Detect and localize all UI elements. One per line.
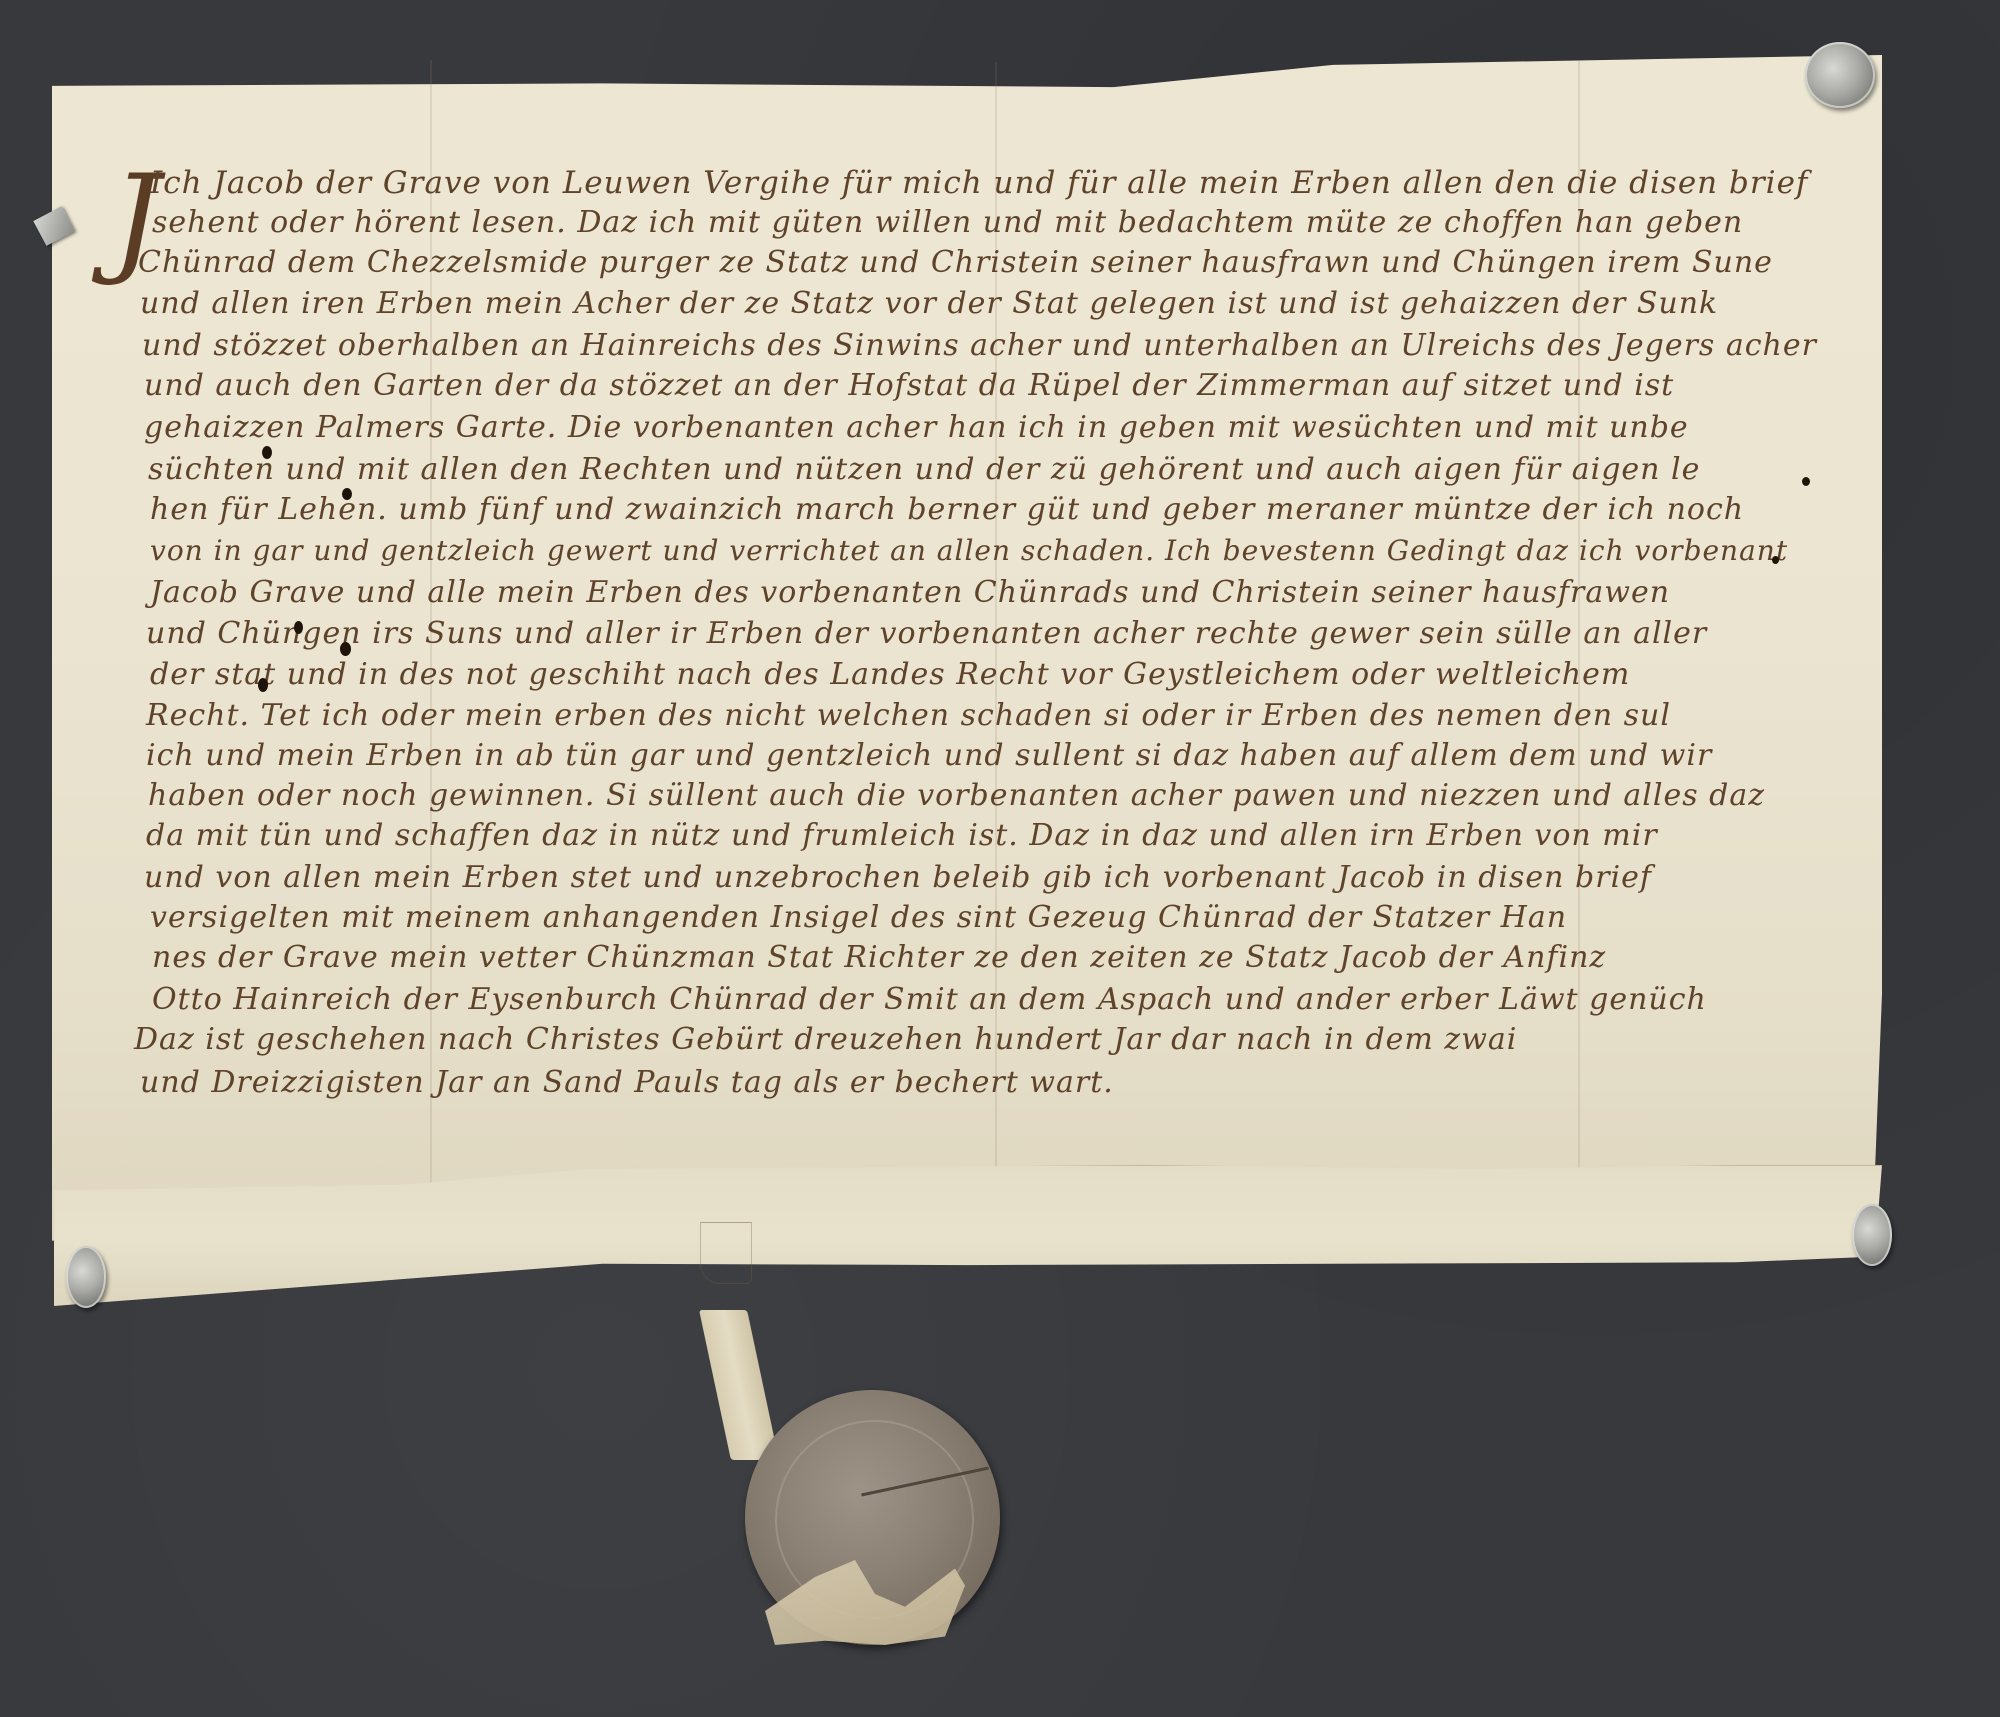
seal-tag — [699, 1310, 779, 1460]
ink-hole — [340, 642, 351, 656]
text-line: haben oder noch gewinnen. Si süllent auc… — [148, 778, 1765, 813]
text-line: Jacob Grave und alle mein Erben des vorb… — [150, 575, 1670, 610]
ink-hole — [294, 621, 303, 634]
ink-hole — [342, 488, 352, 500]
text-line: und von allen mein Erben stet und unzebr… — [144, 860, 1652, 895]
text-line: der stat und in des not geschiht nach de… — [150, 657, 1630, 692]
ink-hole — [262, 446, 272, 459]
text-line: und stözzet oberhalben an Hainreichs des… — [142, 328, 1817, 363]
plica-fold — [54, 1165, 1882, 1306]
text-line: Ich Jacob der Grave von Leuwen Vergihe f… — [150, 165, 1808, 201]
text-line: Recht. Tet ich oder mein erben des nicht… — [146, 698, 1671, 733]
ink-hole — [258, 678, 268, 692]
text-line: Chünrad dem Chezzelsmide purger ze Statz… — [138, 245, 1773, 280]
text-line: da mit tün und schaffen daz in nütz und … — [146, 818, 1658, 853]
text-line: und auch den Garten der da stözzet an de… — [144, 368, 1674, 403]
text-line: von in gar und gentzleich gewert und ver… — [150, 534, 1788, 567]
seal-tag-slot — [700, 1222, 752, 1284]
text-line: hen für Lehen. umb fünf und zwainzich ma… — [150, 492, 1744, 527]
text-line: ich und mein Erben in ab tün gar und gen… — [146, 738, 1712, 773]
text-line: gehaizzen Palmers Garte. Die vorbenanten… — [144, 410, 1689, 445]
text-line: Otto Hainreich der Eysenburch Chünrad de… — [152, 982, 1707, 1017]
text-line: versigelten mit meinem anhangenden Insig… — [150, 900, 1567, 935]
text-line: süchten und mit allen den Rechten und nü… — [148, 452, 1700, 487]
ink-hole — [1772, 556, 1779, 564]
text-line: und Dreizzigisten Jar an Sand Pauls tag … — [140, 1065, 1114, 1100]
text-line: sehent oder hörent lesen. Daz ich mit gü… — [152, 205, 1743, 240]
magnet-top-right — [1805, 42, 1875, 108]
text-line: nes der Grave mein vetter Chünzman Stat … — [152, 940, 1606, 975]
text-line: Daz ist geschehen nach Christes Gebürt d… — [134, 1022, 1517, 1057]
text-line: und allen iren Erben mein Acher der ze S… — [140, 286, 1718, 321]
text-line: und Chüngen irs Suns und aller ir Erben … — [146, 616, 1707, 651]
ink-hole — [1802, 477, 1810, 486]
magnet-bottom-left — [66, 1246, 106, 1308]
magnet-bottom-right — [1852, 1204, 1892, 1266]
